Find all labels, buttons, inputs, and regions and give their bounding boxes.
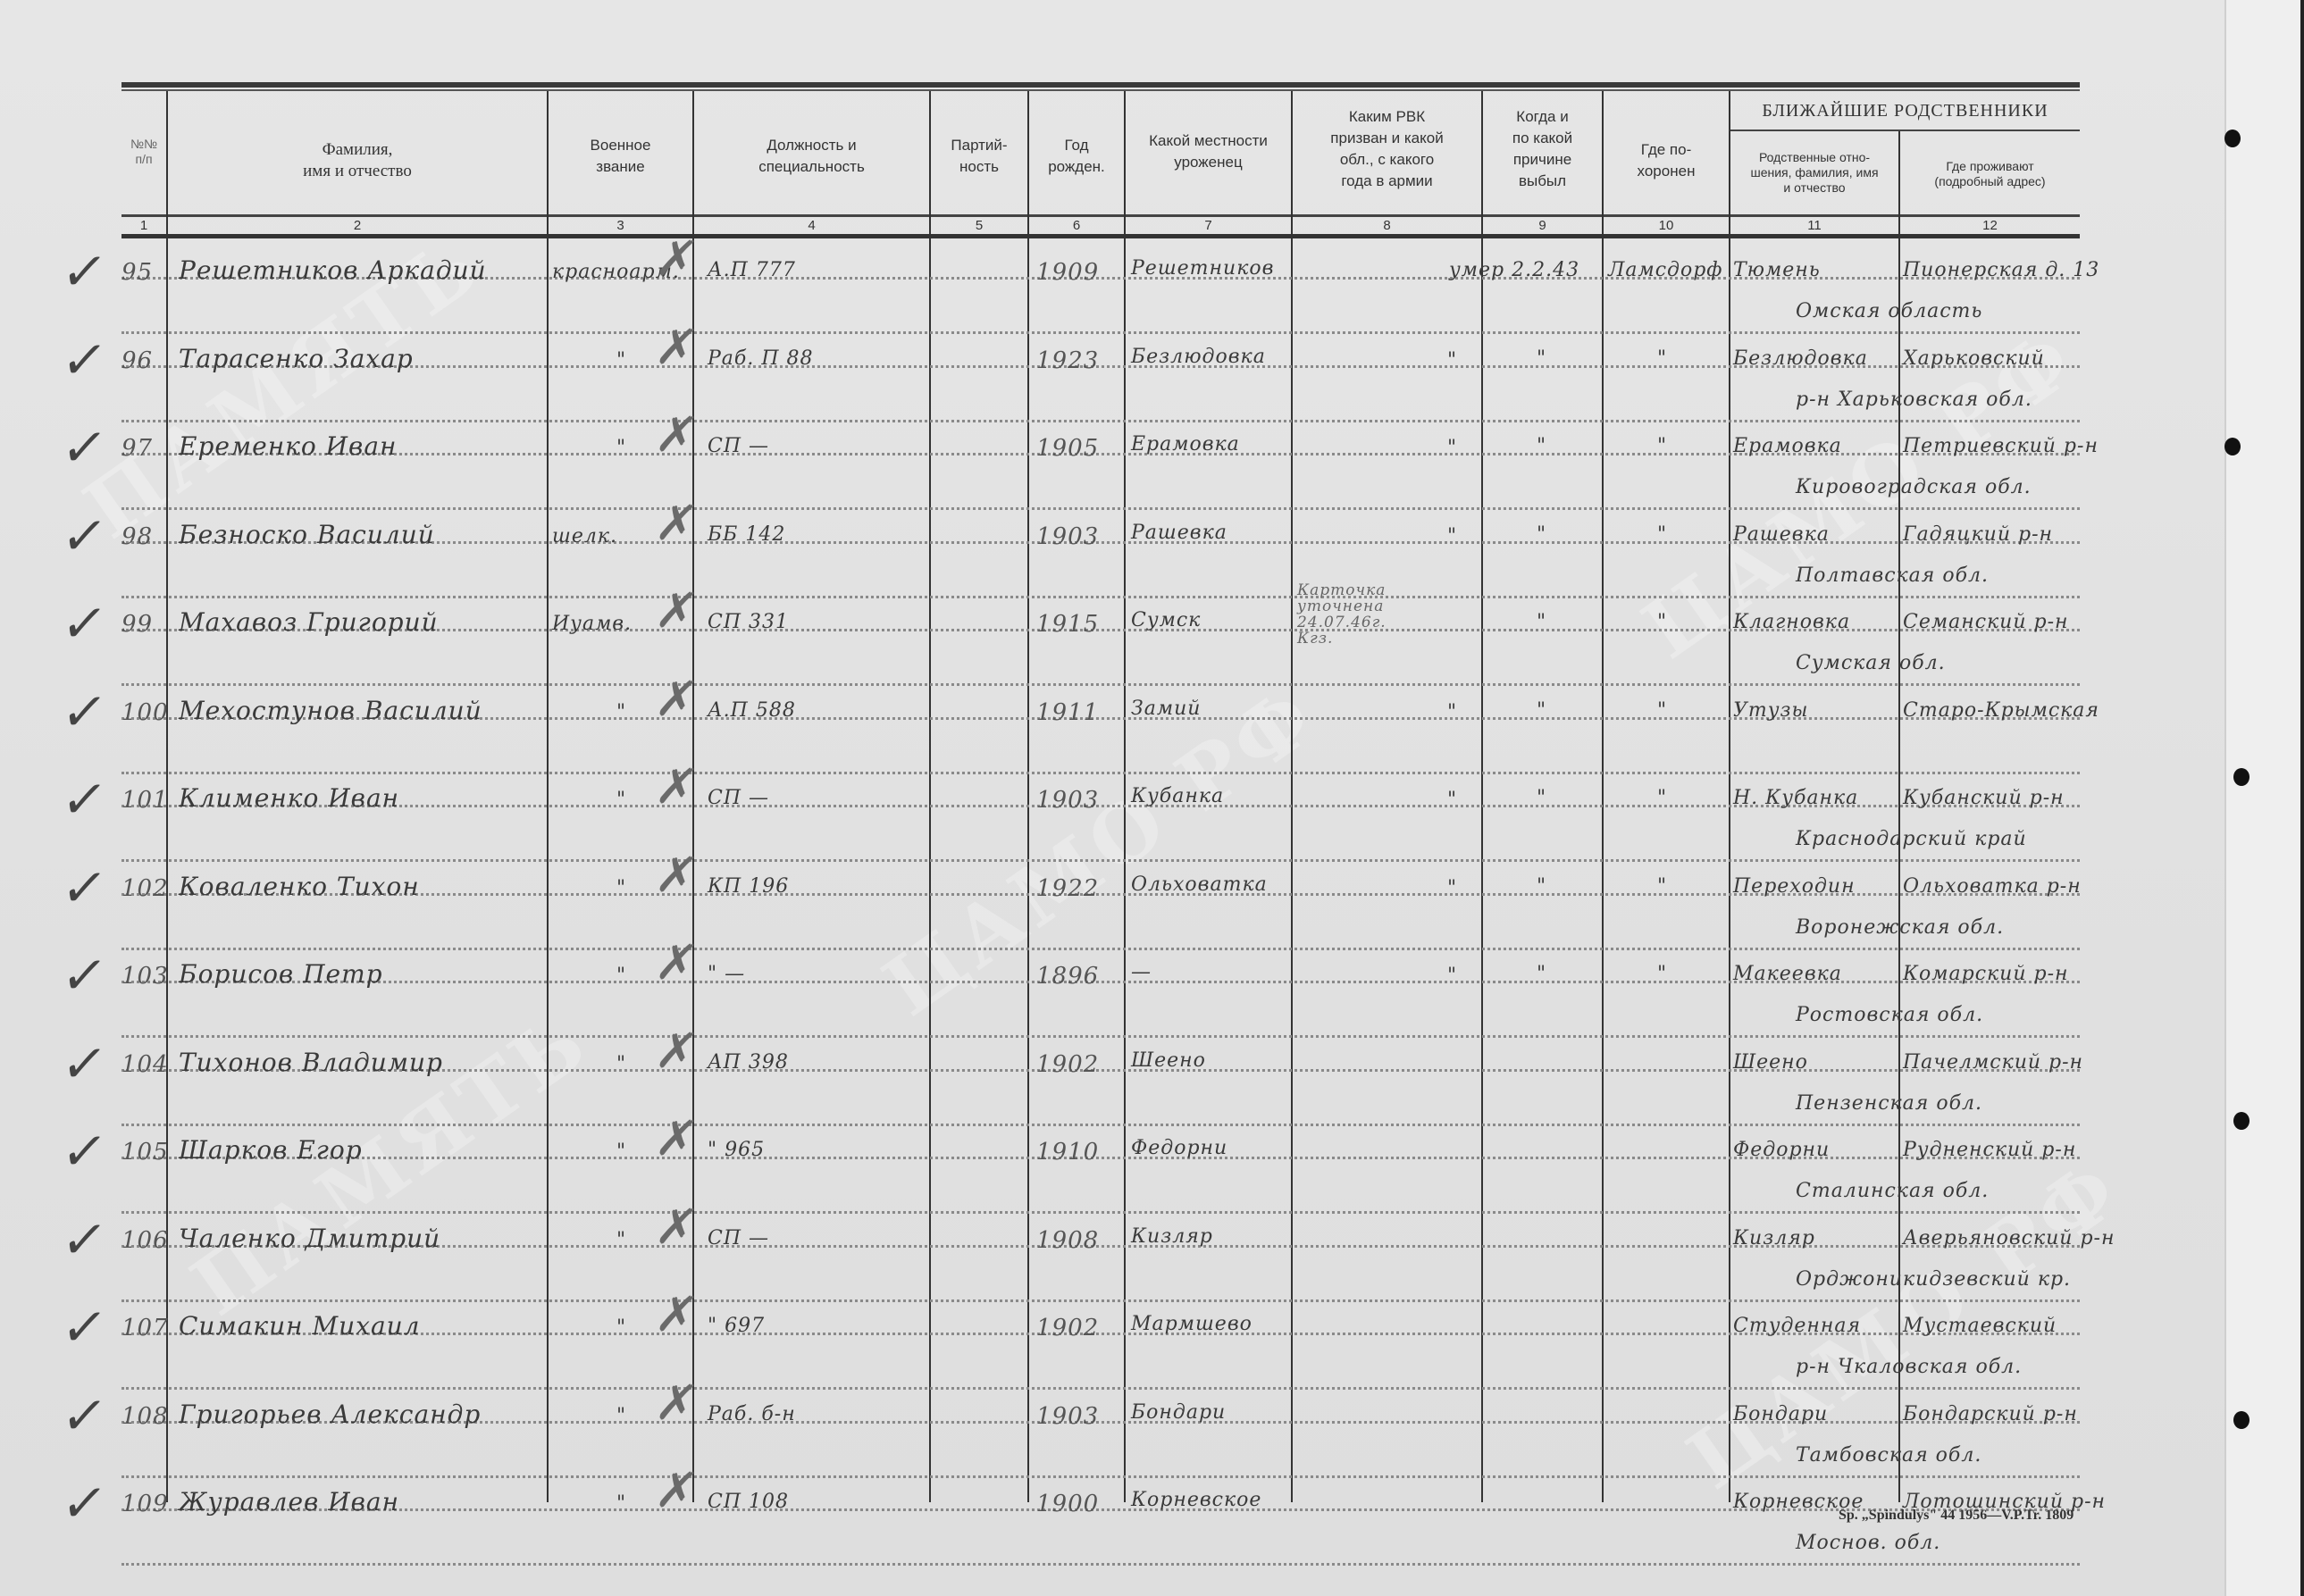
address-line-2: Пензенская обл. xyxy=(1796,1092,1982,1115)
row-number: 101 xyxy=(121,787,169,814)
position-specialty: А.П 588 xyxy=(708,699,796,722)
header-col-8: Каким РВК призван и какой обл., с какого… xyxy=(1293,100,1481,198)
burial-place: " xyxy=(1657,787,1667,809)
address-line-2: Ростовская обл. xyxy=(1796,1004,1983,1026)
column-number: 11 xyxy=(1730,217,1898,234)
ruled-baseline xyxy=(121,859,2080,862)
address-line-1: Пачелмский р-н xyxy=(1903,1051,2083,1074)
date-reason-dropped: " xyxy=(1537,875,1546,898)
address-line-1: Аверьяновский р-н xyxy=(1903,1227,2115,1249)
military-rank: шелк. xyxy=(552,525,617,547)
position-specialty: СП — xyxy=(708,435,769,457)
row-number: 97 xyxy=(121,435,153,462)
birth-year: 1923 xyxy=(1036,347,1099,374)
date-reason-dropped: " xyxy=(1537,347,1546,370)
military-rank: Иуамв. xyxy=(552,613,632,635)
column-divider xyxy=(929,91,931,1502)
punch-hole xyxy=(2233,1411,2250,1429)
birth-year: 1910 xyxy=(1036,1139,1099,1166)
place-of-origin: — xyxy=(1131,961,1152,983)
military-rank: " xyxy=(616,877,626,899)
birth-year: 1903 xyxy=(1036,1403,1099,1430)
place-of-origin: Сумск xyxy=(1131,609,1201,631)
place-of-origin: Ольховатка xyxy=(1131,873,1268,896)
birth-year: 1905 xyxy=(1036,435,1099,462)
military-rank: " xyxy=(616,1053,626,1075)
ruled-baseline xyxy=(121,1387,2080,1390)
position-specialty: " — xyxy=(708,963,745,985)
birth-year: 1908 xyxy=(1036,1227,1099,1254)
punch-hole xyxy=(2233,768,2250,786)
address-line-1: Семанский р-н xyxy=(1903,611,2069,633)
relatives-subheader-rule xyxy=(1729,130,2080,131)
row-number: 102 xyxy=(121,875,169,902)
rvk-drafted: " xyxy=(1447,701,1457,723)
header-col-7: Какой местности уроженец xyxy=(1126,116,1291,188)
full-name: Еременко Иван xyxy=(179,431,398,461)
table-top-rule xyxy=(121,89,2080,91)
relative-name: Рашевка xyxy=(1733,523,1830,546)
full-name: Симакин Михаил xyxy=(179,1311,421,1341)
row-number: 108 xyxy=(121,1403,169,1430)
header-col-12: Где проживают (подробный адрес) xyxy=(1900,147,2080,201)
military-rank: " xyxy=(616,789,626,811)
column-divider xyxy=(1291,91,1293,1502)
column-number: 8 xyxy=(1293,217,1481,234)
column-number: 2 xyxy=(168,217,547,234)
relative-name: Безлюдовка xyxy=(1733,347,1868,370)
punch-hole xyxy=(2233,1112,2250,1130)
date-reason-dropped: " xyxy=(1537,787,1546,809)
column-number: 7 xyxy=(1126,217,1291,234)
row-number: 95 xyxy=(121,259,153,286)
full-name: Коваленко Тихон xyxy=(179,872,420,901)
place-of-origin: Шеено xyxy=(1131,1049,1206,1072)
relative-name: Тюмень xyxy=(1733,259,1821,281)
place-of-origin: Безлюдовка xyxy=(1131,346,1266,368)
burial-place: " xyxy=(1657,611,1667,633)
full-name: Решетников Аркадий xyxy=(179,255,487,285)
burial-place: " xyxy=(1657,435,1667,457)
column-divider xyxy=(547,91,549,1502)
full-name: Мехостунов Василий xyxy=(179,696,482,725)
relative-name: Кизляр xyxy=(1733,1227,1815,1249)
birth-year: 1903 xyxy=(1036,523,1099,550)
header-col-6: Год рожден. xyxy=(1029,121,1124,192)
position-specialty: СП 108 xyxy=(708,1491,789,1513)
position-specialty: ББ 142 xyxy=(708,523,785,546)
ruled-baseline xyxy=(121,772,2080,774)
address-line-1: Мустаевский xyxy=(1903,1315,2057,1337)
rvk-drafted: " xyxy=(1447,789,1457,811)
military-rank: " xyxy=(616,1405,626,1427)
row-number: 109 xyxy=(121,1491,169,1517)
relative-name: Клагновка xyxy=(1733,611,1850,633)
header-col-1: №№ п/п xyxy=(121,125,166,179)
birth-year: 1902 xyxy=(1036,1315,1099,1341)
place-of-origin: Бондари xyxy=(1131,1401,1226,1424)
row-number: 103 xyxy=(121,963,169,990)
ruled-baseline xyxy=(121,1299,2080,1302)
header-col-9: Когда и по какой причине выбыл xyxy=(1483,100,1602,198)
ruled-baseline xyxy=(121,1563,2080,1566)
relative-name: Федорни xyxy=(1733,1139,1830,1161)
row-number: 104 xyxy=(121,1051,169,1078)
ruled-baseline xyxy=(121,596,2080,598)
birth-year: 1902 xyxy=(1036,1051,1099,1078)
printer-imprint: Sp. „Spindulys" 44 1956—V.P.Tr. 1809 xyxy=(1839,1508,2074,1524)
full-name: Борисов Петр xyxy=(179,959,383,989)
column-divider xyxy=(1481,91,1483,1502)
military-rank: " xyxy=(616,701,626,723)
burial-place: Ламсдорф xyxy=(1608,259,1723,281)
military-rank: " xyxy=(616,1229,626,1251)
rvk-drafted: Карточка уточнена 24.07.46г. Кгз. xyxy=(1297,582,1413,647)
address-line-1: Ольховатка р-н xyxy=(1903,875,2082,898)
relative-name: Утузы xyxy=(1733,699,1808,722)
date-reason-dropped: " xyxy=(1537,523,1546,546)
date-reason-dropped: " xyxy=(1537,611,1546,633)
row-number: 100 xyxy=(121,699,169,726)
address-line-2: Орджоникидзевский кр. xyxy=(1796,1268,2071,1291)
ruled-baseline xyxy=(121,1211,2080,1214)
position-specialty: СП — xyxy=(708,787,769,809)
row-number: 106 xyxy=(121,1227,169,1254)
address-line-2: Омская область xyxy=(1796,300,1982,322)
address-line-1: Гадяцкий р-н xyxy=(1903,523,2053,546)
burial-place: " xyxy=(1657,963,1667,985)
address-line-2: Краснодарский край xyxy=(1796,828,2027,850)
address-line-2: Моснов. обл. xyxy=(1796,1532,1940,1554)
military-rank: " xyxy=(616,1492,626,1515)
rvk-drafted: " xyxy=(1447,525,1457,547)
address-line-1: Харьковский xyxy=(1903,347,2045,370)
place-of-origin: Мармшево xyxy=(1131,1313,1253,1335)
full-name: Григорьев Александр xyxy=(179,1400,481,1429)
address-line-1: Комарский р-н xyxy=(1903,963,2069,985)
ruled-baseline xyxy=(121,683,2080,686)
column-numbers-rule xyxy=(121,234,2080,238)
position-specialty: КП 196 xyxy=(708,875,789,898)
row-number: 99 xyxy=(121,611,153,638)
header-col-10: Где по- хоронен xyxy=(1604,125,1729,196)
date-reason-dropped: " xyxy=(1537,435,1546,457)
header-col-3: Военное звание xyxy=(549,121,692,192)
rvk-drafted: " xyxy=(1447,965,1457,987)
birth-year: 1922 xyxy=(1036,875,1099,902)
burial-place: " xyxy=(1657,875,1667,898)
relative-name: Н. Кубанка xyxy=(1733,787,1858,809)
birth-year: 1915 xyxy=(1036,611,1099,638)
date-reason-dropped: умер 2.2.43 xyxy=(1449,259,1579,281)
column-divider xyxy=(1124,91,1126,1502)
column-number: 1 xyxy=(121,217,166,234)
column-divider xyxy=(1027,91,1029,1502)
ruled-baseline xyxy=(121,1035,2080,1038)
relatives-group-title: БЛИЖАЙШИЕ РОДСТВЕННИКИ xyxy=(1730,93,2080,129)
position-specialty: Раб. б-н xyxy=(708,1403,796,1425)
ruled-baseline xyxy=(121,420,2080,422)
header-col-5: Партий- ность xyxy=(931,121,1027,192)
address-line-2: Сумская обл. xyxy=(1796,652,1946,674)
relative-name: Шеено xyxy=(1733,1051,1808,1074)
address-line-1: Бондарский р-н xyxy=(1903,1403,2078,1425)
header-col-2: Фамилия, имя и отчество xyxy=(168,125,547,196)
ruled-baseline xyxy=(121,948,2080,950)
birth-year: 1911 xyxy=(1036,699,1099,726)
ruled-baseline xyxy=(121,507,2080,510)
row-number: 96 xyxy=(121,347,153,374)
row-number: 98 xyxy=(121,523,153,550)
place-of-origin: Замий xyxy=(1131,698,1201,720)
column-number: 5 xyxy=(931,217,1027,234)
position-specialty: АП 398 xyxy=(708,1051,789,1074)
relative-name: Бондари xyxy=(1733,1403,1828,1425)
row-number: 107 xyxy=(121,1315,169,1341)
column-number: 9 xyxy=(1483,217,1602,234)
relative-name: Ерамовка xyxy=(1733,435,1842,457)
full-name: Шарков Егор xyxy=(179,1135,363,1165)
page-edge xyxy=(2224,0,2304,1596)
burial-place: " xyxy=(1657,699,1667,722)
header-col-11: Родственные отно- шения, фамилия, имя и … xyxy=(1730,141,1898,204)
address-line-2: р-н Харьковская обл. xyxy=(1796,389,2032,411)
military-rank: " xyxy=(616,349,626,372)
place-of-origin: Кизляр xyxy=(1131,1225,1213,1248)
birth-year: 1903 xyxy=(1036,787,1099,814)
burial-place: " xyxy=(1657,347,1667,370)
place-of-origin: Решетников xyxy=(1131,257,1274,280)
place-of-origin: Кубанка xyxy=(1131,785,1224,807)
full-name: Тарасенко Захар xyxy=(179,344,414,373)
full-name: Махавоз Григорий xyxy=(179,607,439,637)
position-specialty: СП 331 xyxy=(708,611,789,633)
header-col-4: Должность и специальность xyxy=(694,121,929,192)
full-name: Тихонов Владимир xyxy=(179,1048,443,1077)
place-of-origin: Федорни xyxy=(1131,1137,1227,1159)
relative-name: Студенная xyxy=(1733,1315,1861,1337)
column-number: 10 xyxy=(1604,217,1729,234)
rvk-drafted: " xyxy=(1447,349,1457,372)
address-line-1: Рудненский р-н xyxy=(1903,1139,2076,1161)
position-specialty: СП — xyxy=(708,1227,769,1249)
punch-hole xyxy=(2224,438,2241,455)
position-specialty: " 965 xyxy=(708,1139,765,1161)
column-number: 12 xyxy=(1900,217,2080,234)
address-line-1: Петриевский р-н xyxy=(1903,435,2099,457)
burial-place: " xyxy=(1657,523,1667,546)
position-specialty: Раб. П 88 xyxy=(708,347,814,370)
address-line-2: Тамбовская обл. xyxy=(1796,1444,1981,1466)
address-line-1: Пионерская д. 13 xyxy=(1903,259,2099,281)
full-name: Безноско Василий xyxy=(179,520,435,549)
ruled-baseline xyxy=(121,331,2080,334)
column-divider xyxy=(1602,91,1604,1502)
address-line-2: Воронежская обл. xyxy=(1796,916,2004,939)
address-line-2: Сталинская обл. xyxy=(1796,1180,1989,1202)
military-rank: " xyxy=(616,965,626,987)
full-name: Чаленко Дмитрий xyxy=(179,1224,440,1253)
birth-year: 1909 xyxy=(1036,259,1099,286)
row-number: 105 xyxy=(121,1139,169,1166)
birth-year: 1900 xyxy=(1036,1491,1099,1517)
military-rank: " xyxy=(616,437,626,459)
relative-name: Переходин xyxy=(1733,875,1856,898)
birth-year: 1896 xyxy=(1036,963,1099,990)
column-number: 4 xyxy=(694,217,929,234)
position-specialty: " 697 xyxy=(708,1315,765,1337)
date-reason-dropped: " xyxy=(1537,963,1546,985)
address-line-1: Кубанский р-н xyxy=(1903,787,2065,809)
column-divider xyxy=(1898,131,1900,1502)
punch-hole xyxy=(2224,130,2241,147)
ruled-baseline xyxy=(121,1475,2080,1478)
address-line-1: Старо-Крымская xyxy=(1903,699,2099,722)
full-name: Журавлев Иван xyxy=(179,1487,399,1517)
address-line-2: Полтавская обл. xyxy=(1796,564,1989,587)
table-top-rule xyxy=(121,82,2080,88)
address-line-2: р-н Чкаловская обл. xyxy=(1796,1356,2022,1378)
position-specialty: А.П 777 xyxy=(708,259,796,281)
address-line-2: Кировоградская обл. xyxy=(1796,476,2032,498)
column-number: 6 xyxy=(1029,217,1124,234)
relative-name: Макеевка xyxy=(1733,963,1842,985)
rvk-drafted: " xyxy=(1447,877,1457,899)
place-of-origin: Ерамовка xyxy=(1131,433,1240,455)
ruled-baseline xyxy=(121,1124,2080,1126)
place-of-origin: Рашевка xyxy=(1131,522,1227,544)
military-rank: " xyxy=(616,1316,626,1339)
rvk-drafted: " xyxy=(1447,437,1457,459)
military-rank: " xyxy=(616,1141,626,1163)
column-divider xyxy=(1729,91,1730,1502)
place-of-origin: Корневское xyxy=(1131,1489,1261,1511)
full-name: Клименко Иван xyxy=(179,783,399,813)
date-reason-dropped: " xyxy=(1537,699,1546,722)
